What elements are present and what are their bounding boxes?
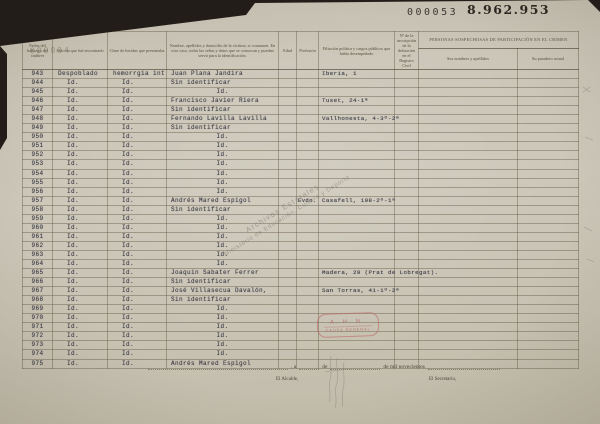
cell-registro <box>395 241 419 250</box>
cell-registro <box>395 187 419 196</box>
cell-heridas: Id. <box>108 305 167 314</box>
cell-sitio: Id. <box>53 332 108 341</box>
cell-profesion <box>297 232 319 241</box>
cell-sospechoso <box>419 70 518 79</box>
cell-nombre: Sin identificar <box>167 79 279 88</box>
table-row: 943Despobladohemorrgia int.Juan Plana Ja… <box>23 70 579 79</box>
cell-registro <box>395 97 419 106</box>
pencil-scribble <box>303 352 373 412</box>
cell-sitio: Id. <box>53 88 108 97</box>
cell-nombre: Id. <box>167 323 279 332</box>
cell-edad <box>279 133 297 142</box>
header-personas-sospechosas: PERSONAS SOSPECHOSAS DE PARTICIPACIÓN EN… <box>419 32 579 49</box>
cell-num: 966 <box>23 278 53 287</box>
cell-heridas: Id. <box>108 341 167 350</box>
cell-nombre: Id. <box>167 88 279 97</box>
cell-nombre: Id. <box>167 160 279 169</box>
cell-num: 969 <box>23 305 53 314</box>
cell-edad <box>279 169 297 178</box>
cell-sospechoso <box>419 124 518 133</box>
cell-filiacion <box>319 106 395 115</box>
cell-nombre: Fernando Lavilla Lavilla <box>167 115 279 124</box>
cell-paradero <box>518 178 579 187</box>
cell-edad <box>279 124 297 133</box>
cell-edad <box>279 142 297 151</box>
cell-num: 962 <box>23 241 53 250</box>
header-sus-nombres: Sus nombres y apellidos <box>419 48 518 69</box>
cell-filiacion <box>319 142 395 151</box>
cell-sospechoso <box>419 232 518 241</box>
cell-heridas: Id. <box>108 205 167 214</box>
header-profesion: Profesión <box>297 32 319 70</box>
ahn-stamp-line2: CAUSA GENERAL <box>326 327 371 333</box>
cell-filiacion <box>319 133 395 142</box>
header-fecha: Fecha del hallazgo del cadáver <box>23 32 53 70</box>
cell-sitio: Id. <box>53 223 108 232</box>
cell-edad <box>279 70 297 79</box>
cell-heridas: Id. <box>108 214 167 223</box>
table-row: 973Id.Id.Id. <box>23 341 579 350</box>
cell-profesion <box>297 341 319 350</box>
cell-registro <box>395 296 419 305</box>
cell-sospechoso <box>419 259 518 268</box>
table-row: 967Id.Id.José Villasecua Davalón,San Tor… <box>23 287 579 296</box>
cell-edad <box>279 115 297 124</box>
cell-heridas: Id. <box>108 115 167 124</box>
cell-heridas: Id. <box>108 232 167 241</box>
cell-sospechoso <box>419 223 518 232</box>
cell-nombre: Sin identificar <box>167 106 279 115</box>
cell-edad <box>279 106 297 115</box>
table-row: 948Id.Id.Fernando Lavilla LavillaVallhon… <box>23 115 579 124</box>
cell-registro <box>395 205 419 214</box>
cell-edad <box>279 97 297 106</box>
cell-paradero <box>518 359 579 368</box>
cell-profesion <box>297 79 319 88</box>
cell-sospechoso <box>419 323 518 332</box>
cell-heridas: Id. <box>108 269 167 278</box>
cell-filiacion <box>319 259 395 268</box>
cell-paradero <box>518 314 579 323</box>
cell-sospechoso <box>419 314 518 323</box>
cell-edad <box>279 341 297 350</box>
cell-heridas: Id. <box>108 124 167 133</box>
cell-num: 968 <box>23 296 53 305</box>
cell-heridas: Id. <box>108 97 167 106</box>
cell-sospechoso <box>419 296 518 305</box>
cell-paradero <box>518 151 579 160</box>
table-row: 944Id.Id.Sin identificar <box>23 79 579 88</box>
cell-sitio: Id. <box>53 314 108 323</box>
cell-sitio: Id. <box>53 97 108 106</box>
cell-paradero <box>518 250 579 259</box>
cell-profesion <box>297 169 319 178</box>
cell-heridas: Id. <box>108 79 167 88</box>
cell-profesion <box>297 124 319 133</box>
cell-sitio: Id. <box>53 124 108 133</box>
cell-heridas: Id. <box>108 142 167 151</box>
cell-paradero <box>518 160 579 169</box>
cell-profesion <box>297 133 319 142</box>
cell-registro <box>395 341 419 350</box>
cell-filiacion: Tuset, 24-1ª <box>319 97 395 106</box>
cell-profesion <box>297 115 319 124</box>
cell-sitio: Id. <box>53 296 108 305</box>
cell-sitio: Id. <box>53 133 108 142</box>
cell-heridas: Id. <box>108 196 167 205</box>
cell-paradero <box>518 332 579 341</box>
cell-nombre: Id. <box>167 314 279 323</box>
table-row: 962Id.Id.Id. <box>23 241 579 250</box>
cell-filiacion: Vallhonesta, 4-3º-2ª <box>319 115 395 124</box>
cell-registro <box>395 314 419 323</box>
cell-edad <box>279 332 297 341</box>
cell-nombre: Id. <box>167 142 279 151</box>
cell-edad <box>279 160 297 169</box>
cell-profesion <box>297 269 319 278</box>
cell-paradero <box>518 305 579 314</box>
cell-sospechoso <box>419 133 518 142</box>
cell-nombre: Id. <box>167 169 279 178</box>
cell-registro <box>395 250 419 259</box>
table-row: 966Id.Id.Sin identificar <box>23 278 579 287</box>
cell-filiacion: San Torras, 41-1º-2ª <box>319 287 395 296</box>
cell-sospechoso <box>419 341 518 350</box>
cell-profesion <box>297 250 319 259</box>
cell-heridas: Id. <box>108 178 167 187</box>
header-sitio: Sitio en que fué encontrado <box>53 32 108 70</box>
table-row: 960Id.Id.Id. <box>23 223 579 232</box>
cell-nombre: Id. <box>167 178 279 187</box>
cell-registro <box>395 305 419 314</box>
cell-registro <box>395 160 419 169</box>
cell-num: 975 <box>23 359 53 368</box>
cell-paradero <box>518 142 579 151</box>
cell-sitio: Id. <box>53 259 108 268</box>
cell-edad <box>279 232 297 241</box>
cell-paradero <box>518 196 579 205</box>
cell-edad <box>279 151 297 160</box>
cell-filiacion <box>319 232 395 241</box>
cell-sitio: Id. <box>53 115 108 124</box>
cell-profesion <box>297 332 319 341</box>
cell-sitio: Id. <box>53 350 108 359</box>
cell-num: 960 <box>23 223 53 232</box>
cell-sospechoso <box>419 196 518 205</box>
cell-paradero <box>518 70 579 79</box>
cell-edad <box>279 250 297 259</box>
table-row: 968Id.Id.Sin identificar <box>23 296 579 305</box>
cell-heridas: Id. <box>108 160 167 169</box>
cell-filiacion <box>319 241 395 250</box>
table-row: 961Id.Id.Id. <box>23 232 579 241</box>
cell-filiacion <box>319 341 395 350</box>
cell-sitio: Id. <box>53 142 108 151</box>
cell-num: 946 <box>23 97 53 106</box>
header-nombre: Nombre, apellidos y domicilio de la víct… <box>167 32 279 70</box>
table-row: 945Id.Id.Id. <box>23 88 579 97</box>
cell-edad <box>279 305 297 314</box>
cell-sitio: Id. <box>53 323 108 332</box>
cell-num: 954 <box>23 169 53 178</box>
header-filiacion: Filiación política y cargos públicos que… <box>319 32 395 70</box>
cell-edad <box>279 350 297 359</box>
cell-sitio: Id. <box>53 305 108 314</box>
blank-place-line <box>148 365 288 370</box>
cell-num: 944 <box>23 79 53 88</box>
cell-edad <box>279 178 297 187</box>
cell-sospechoso <box>419 106 518 115</box>
cell-heridas: Id. <box>108 314 167 323</box>
cell-filiacion <box>319 223 395 232</box>
cell-profesion <box>297 70 319 79</box>
cell-registro <box>395 70 419 79</box>
cell-paradero <box>518 79 579 88</box>
cell-heridas: Id. <box>108 187 167 196</box>
cell-heridas: Id. <box>108 241 167 250</box>
cell-num: 943 <box>23 70 53 79</box>
cell-sitio: Id. <box>53 151 108 160</box>
footer-novecientos: de mil novecientos <box>383 364 425 370</box>
table-row: 963Id.Id.Id. <box>23 250 579 259</box>
cell-registro <box>395 88 419 97</box>
cell-profesion <box>297 106 319 115</box>
cell-profesion <box>297 278 319 287</box>
cell-num: 956 <box>23 187 53 196</box>
cell-registro <box>395 178 419 187</box>
cell-edad <box>279 259 297 268</box>
cell-heridas: Id. <box>108 223 167 232</box>
cell-num: 970 <box>23 314 53 323</box>
cell-filiacion <box>319 205 395 214</box>
serial-number-stamp: 000053 <box>407 7 458 18</box>
table-row: 974Id.Id.Id. <box>23 350 579 359</box>
cell-sitio: Id. <box>53 196 108 205</box>
cell-nombre: Id. <box>167 187 279 196</box>
cell-sospechoso <box>419 332 518 341</box>
cell-filiacion <box>319 214 395 223</box>
cell-num: 949 <box>23 124 53 133</box>
cell-heridas: Id. <box>108 250 167 259</box>
cell-registro <box>395 323 419 332</box>
cell-profesion <box>297 151 319 160</box>
cell-registro <box>395 350 419 359</box>
cell-edad <box>279 296 297 305</box>
cell-paradero <box>518 287 579 296</box>
cell-nombre: Sin identificar <box>167 296 279 305</box>
cell-edad <box>279 269 297 278</box>
cell-sitio: Id. <box>53 341 108 350</box>
cell-nombre: Id. <box>167 259 279 268</box>
table-row: 953Id.Id.Id. <box>23 160 579 169</box>
cell-num: 947 <box>23 106 53 115</box>
cell-num: 952 <box>23 151 53 160</box>
cell-registro <box>395 133 419 142</box>
cell-sospechoso <box>419 115 518 124</box>
cell-profesion <box>297 214 319 223</box>
table-row: 951Id.Id.Id. <box>23 142 579 151</box>
cell-paradero <box>518 106 579 115</box>
cell-heridas: Id. <box>108 133 167 142</box>
cell-sitio: Id. <box>53 278 108 287</box>
cell-profesion <box>297 223 319 232</box>
cell-paradero <box>518 269 579 278</box>
cell-nombre: Joaquín Sabater Ferrer <box>167 269 279 278</box>
cell-edad <box>279 88 297 97</box>
cell-heridas: Id. <box>108 323 167 332</box>
table-row: 949Id.Id.Sin identificar <box>23 124 579 133</box>
cell-sitio: Id. <box>53 269 108 278</box>
cell-nombre: Id. <box>167 341 279 350</box>
cell-heridas: Id. <box>108 169 167 178</box>
cell-num: 971 <box>23 323 53 332</box>
cell-paradero <box>518 88 579 97</box>
cell-registro <box>395 124 419 133</box>
cell-filiacion: Madera, 29 (Prat de Lobregat). <box>319 269 395 278</box>
cell-paradero <box>518 241 579 250</box>
cell-paradero <box>518 133 579 142</box>
cell-nombre: José Villasecua Davalón, <box>167 287 279 296</box>
ahn-causa-general-stamp: A. H. N. CAUSA GENERAL <box>317 312 380 338</box>
table-row: 972Id.Id.Id. <box>23 332 579 341</box>
cell-heridas: Id. <box>108 287 167 296</box>
cell-sitio: Id. <box>53 287 108 296</box>
paper-sheet: 000004 000053 8.962.953 Fecha del hallaz… <box>0 0 600 424</box>
cell-sitio: Id. <box>53 79 108 88</box>
secretario-signature-label: El Secretario, <box>429 377 456 382</box>
cell-sospechoso <box>419 151 518 160</box>
cell-nombre: Sin identificar <box>167 278 279 287</box>
cell-registro <box>395 151 419 160</box>
cell-sospechoso <box>419 88 518 97</box>
cell-edad <box>279 314 297 323</box>
cell-edad <box>279 287 297 296</box>
cell-registro <box>395 142 419 151</box>
cell-nombre: Andrés Mared Espigol <box>167 196 279 205</box>
cell-edad <box>279 223 297 232</box>
table-row: 970Id.Id.Id. <box>23 314 579 323</box>
cell-sospechoso <box>419 178 518 187</box>
cell-num: 959 <box>23 214 53 223</box>
cell-num: 951 <box>23 142 53 151</box>
cell-nombre: Id. <box>167 350 279 359</box>
cell-num: 958 <box>23 205 53 214</box>
margin-pencil-marks <box>579 75 599 295</box>
table-row: 954Id.Id.Id. <box>23 169 579 178</box>
cell-profesion <box>297 88 319 97</box>
cell-profesion <box>297 296 319 305</box>
cell-filiacion <box>319 278 395 287</box>
header-heridas: Clase de heridas que presentaba <box>108 32 167 70</box>
cell-filiacion <box>319 250 395 259</box>
cell-sospechoso <box>419 169 518 178</box>
cell-num: 955 <box>23 178 53 187</box>
cell-registro <box>395 332 419 341</box>
cell-registro <box>395 106 419 115</box>
cell-sospechoso <box>419 250 518 259</box>
cell-heridas: Id. <box>108 350 167 359</box>
cell-filiacion: Casafell, 108-2º-1ª <box>319 196 395 205</box>
cell-heridas: Id. <box>108 106 167 115</box>
cell-sospechoso <box>419 160 518 169</box>
cell-sitio: Id. <box>53 232 108 241</box>
cell-registro <box>395 278 419 287</box>
cell-num: 963 <box>23 250 53 259</box>
cell-filiacion <box>319 296 395 305</box>
cell-sitio: Id. <box>53 169 108 178</box>
cell-num: 961 <box>23 232 53 241</box>
cell-edad <box>279 79 297 88</box>
cell-edad <box>279 241 297 250</box>
cell-registro <box>395 169 419 178</box>
cell-nombre: Id. <box>167 133 279 142</box>
cell-nombre: Id. <box>167 151 279 160</box>
cell-heridas: Id. <box>108 259 167 268</box>
ahn-stamp-line1: A. H. N. <box>324 318 372 328</box>
table-row: 955Id.Id.Id. <box>23 178 579 187</box>
cell-sospechoso <box>419 241 518 250</box>
cell-sospechoso <box>419 278 518 287</box>
cell-heridas: Id. <box>108 88 167 97</box>
cell-registro <box>395 259 419 268</box>
cell-nombre: Id. <box>167 332 279 341</box>
cell-heridas: Id. <box>108 332 167 341</box>
cell-heridas: Id. <box>108 151 167 160</box>
cell-num: 965 <box>23 269 53 278</box>
cell-paradero <box>518 232 579 241</box>
cell-paradero <box>518 187 579 196</box>
cell-profesion <box>297 287 319 296</box>
cell-filiacion <box>319 88 395 97</box>
cell-profesion <box>297 305 319 314</box>
cell-paradero <box>518 214 579 223</box>
cell-profesion <box>297 314 319 323</box>
cell-num: 964 <box>23 259 53 268</box>
cell-sospechoso <box>419 97 518 106</box>
cell-sitio: Id. <box>53 241 108 250</box>
table-row: 946Id.Id.Francisco Javier RieraTuset, 24… <box>23 97 579 106</box>
cell-heridas: Id. <box>108 296 167 305</box>
cell-nombre: Id. <box>167 305 279 314</box>
cell-num: 948 <box>23 115 53 124</box>
cell-paradero <box>518 296 579 305</box>
cell-sospechoso <box>419 287 518 296</box>
alcalde-signature-label: El Alcalde, <box>276 377 298 382</box>
blank-year-line <box>428 365 500 370</box>
cell-sitio: Despoblado <box>53 70 108 79</box>
cell-profesion <box>297 142 319 151</box>
cell-heridas: Id. <box>108 278 167 287</box>
cell-paradero <box>518 169 579 178</box>
cell-edad <box>279 323 297 332</box>
cell-sitio: Id. <box>53 214 108 223</box>
cell-sospechoso <box>419 305 518 314</box>
table-row: 969Id.Id.Id. <box>23 305 579 314</box>
cell-sospechoso <box>419 79 518 88</box>
cell-profesion <box>297 259 319 268</box>
header-registro-civil: Nº de la inscripción de la defunción en … <box>395 32 419 70</box>
cell-nombre: Juan Plana Jandira <box>167 70 279 79</box>
cell-nombre: Sin identificar <box>167 124 279 133</box>
cell-sitio: Id. <box>53 178 108 187</box>
table-row: 965Id.Id.Joaquín Sabater FerrerMadera, 2… <box>23 269 579 278</box>
cell-sitio: Id. <box>53 205 108 214</box>
cell-paradero <box>518 223 579 232</box>
cell-paradero <box>518 97 579 106</box>
header-edad: Edad <box>279 32 297 70</box>
cell-paradero <box>518 278 579 287</box>
table-body: 943Despobladohemorrgia int.Juan Plana Ja… <box>23 70 579 369</box>
